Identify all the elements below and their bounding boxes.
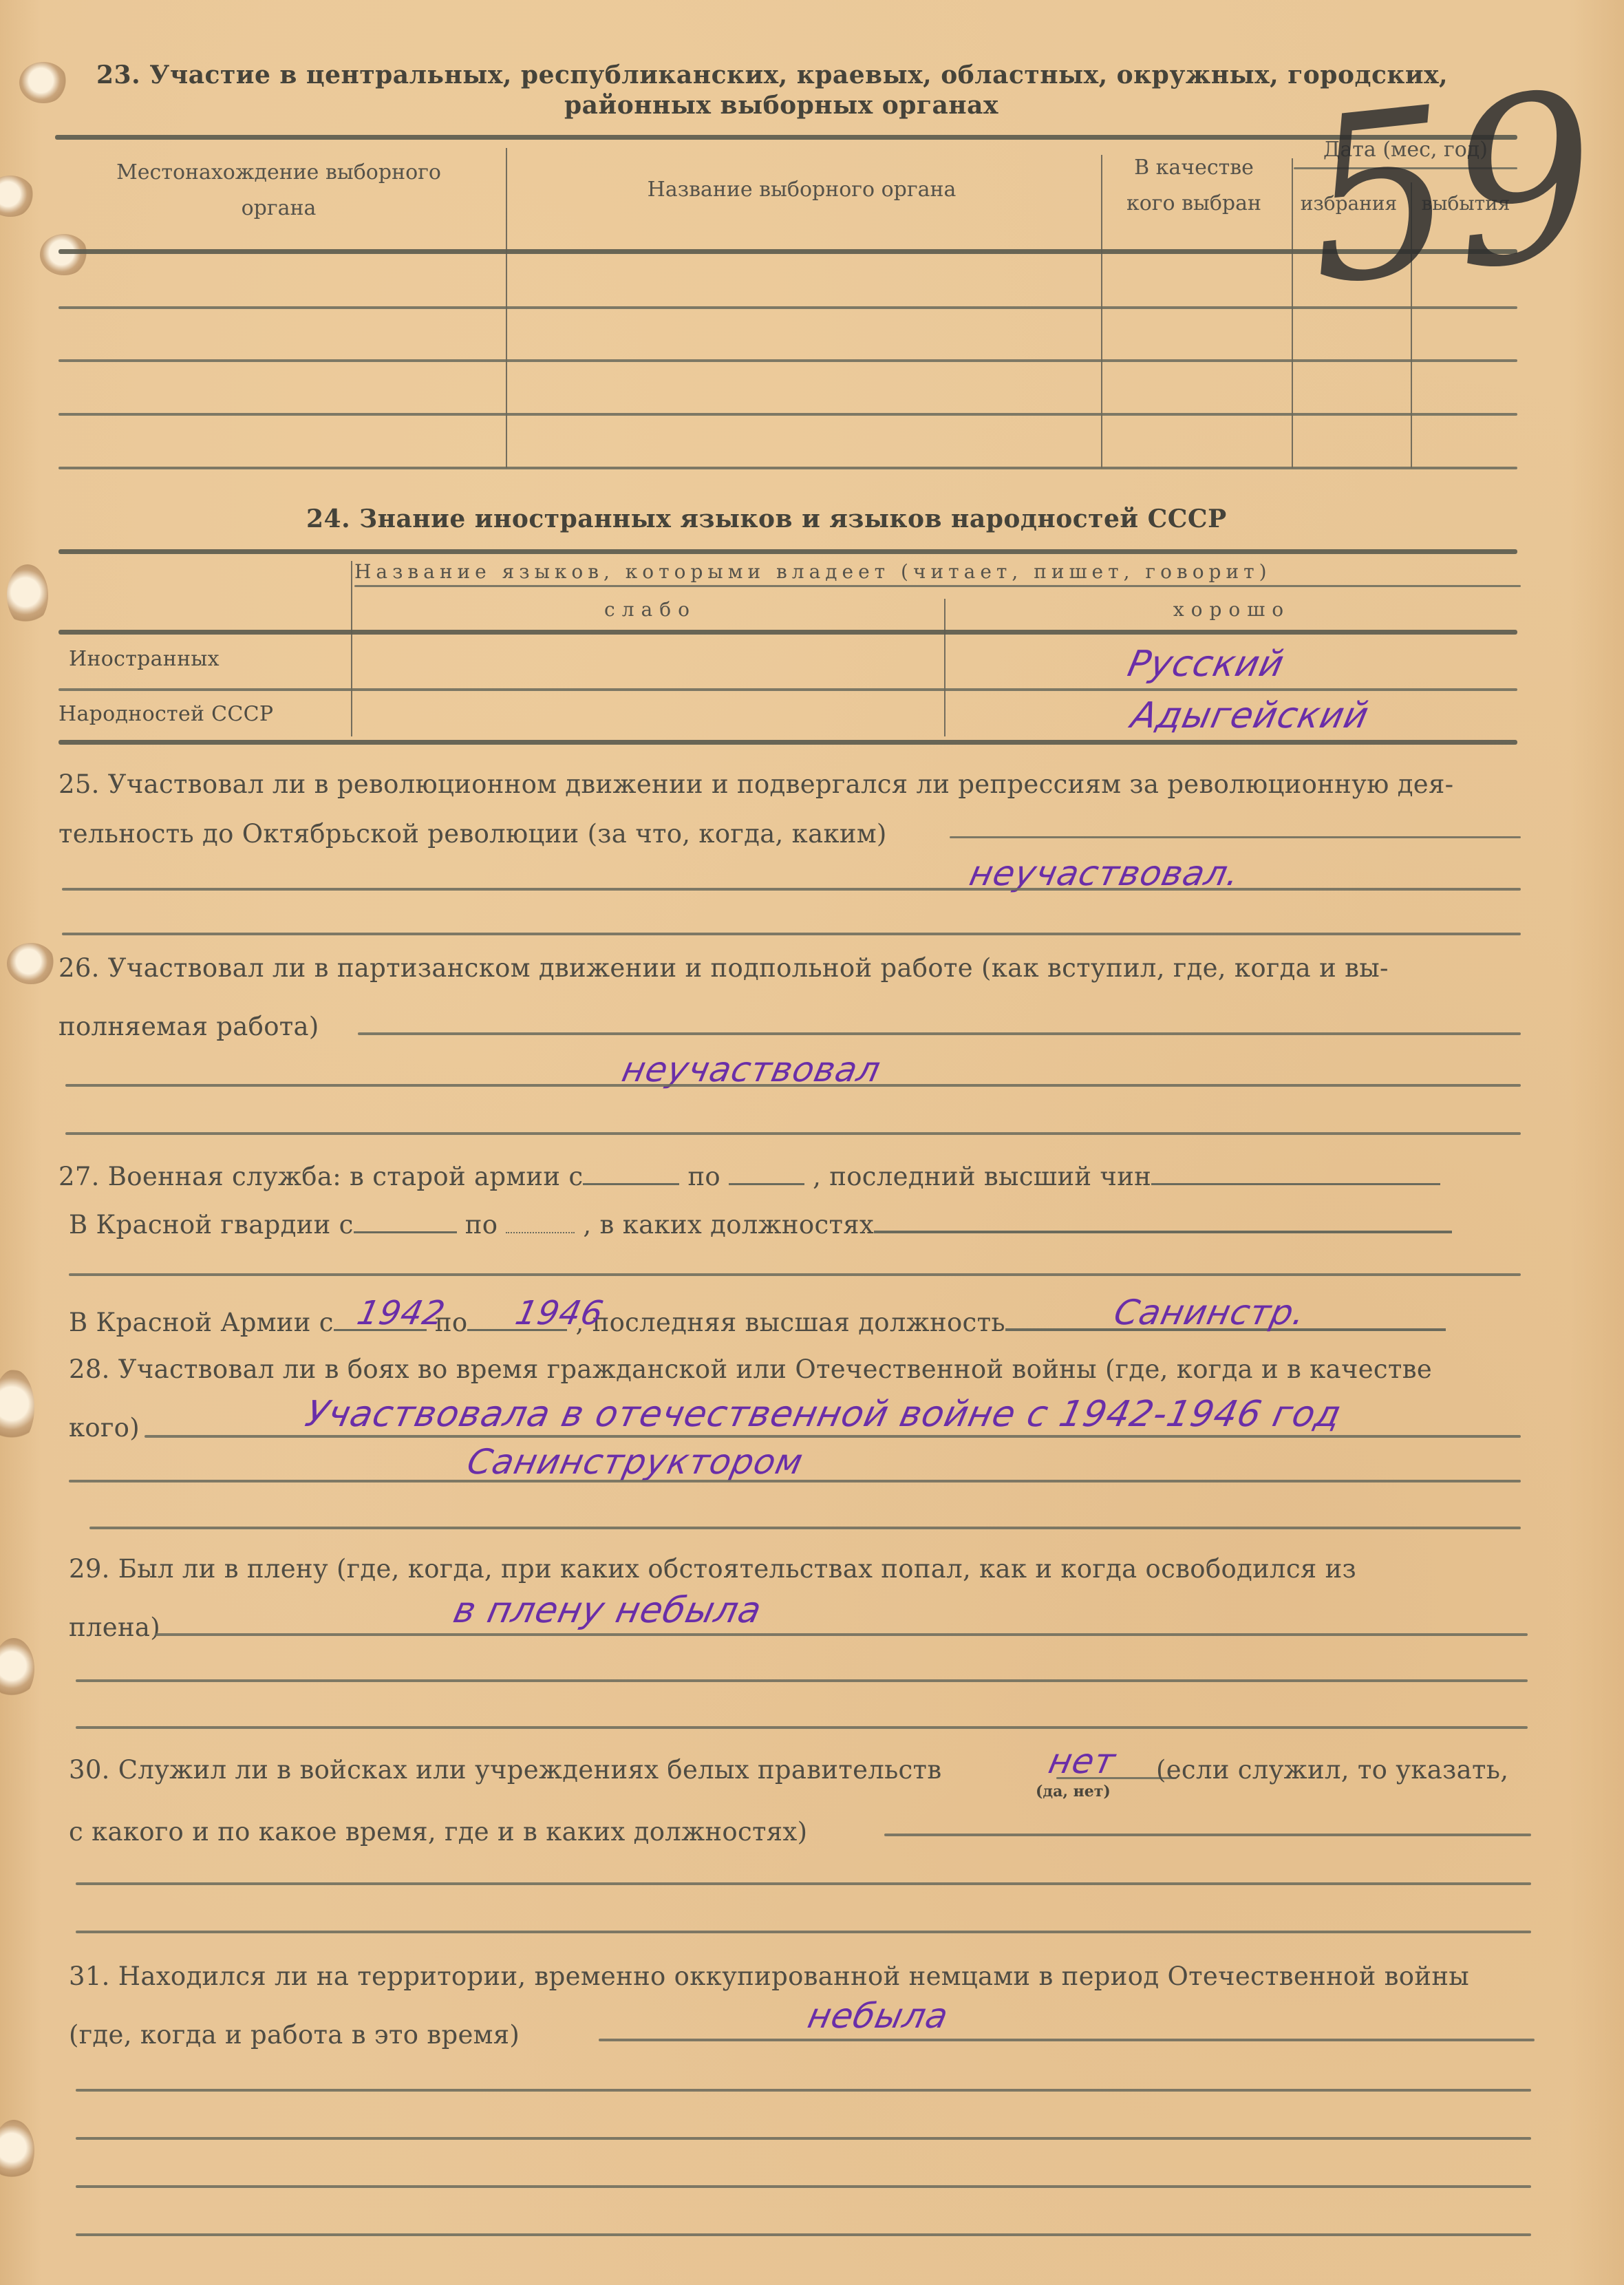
question-27-old-army: 27. Военная служба: в старой армии с по … bbox=[58, 1162, 1440, 1191]
answer-line bbox=[76, 1679, 1528, 1682]
answer-line bbox=[884, 1834, 1531, 1836]
answer-28-line1: Участвовала в отечественной войне с 1942… bbox=[302, 1394, 1345, 1435]
row-label-ussr-peoples: Народностей СССР bbox=[58, 702, 273, 726]
table-row bbox=[58, 467, 1517, 469]
col-weak-header: слабо bbox=[354, 592, 946, 628]
question-25: 25. Участвовал ли в революционном движен… bbox=[58, 769, 1453, 799]
answer-line bbox=[62, 888, 1521, 891]
answer-line bbox=[950, 836, 1521, 838]
col-divider bbox=[1292, 158, 1293, 468]
binding-hole bbox=[0, 176, 34, 217]
question-27-red-guard: В Красной гвардии с по , в каких должнос… bbox=[69, 1210, 1452, 1240]
field-red-guard-positions bbox=[874, 1231, 1452, 1233]
table-row bbox=[58, 413, 1517, 416]
question-30-cont2: с какого и по какое время, где и в каких… bbox=[69, 1817, 807, 1847]
question-29: 29. Был ли в плену (где, когда, при каки… bbox=[69, 1554, 1356, 1584]
question-28-cont: кого) bbox=[69, 1413, 140, 1443]
answer-line bbox=[76, 2185, 1531, 2188]
binding-hole bbox=[19, 62, 67, 103]
col-name-header: Название выборного органа bbox=[506, 172, 1098, 208]
question-29-cont: плена) bbox=[69, 1613, 160, 1642]
question-26: 26. Участвовал ли в партизанском движени… bbox=[58, 953, 1389, 983]
binding-hole bbox=[0, 2120, 34, 2182]
question-25-cont: тельность до Октябрьской революции (за ч… bbox=[58, 819, 887, 849]
section-23-title: 23. Участие в центральных, республиканск… bbox=[96, 61, 1448, 89]
answer-30-hint: (да, нет) bbox=[1036, 1783, 1111, 1800]
field-old-army-from bbox=[583, 1183, 679, 1185]
field-old-army-rank bbox=[1151, 1183, 1440, 1185]
table-top-rule bbox=[58, 549, 1517, 554]
col-as-whom-header: В качестве кого выбран bbox=[1101, 150, 1287, 222]
col-divider bbox=[1101, 155, 1102, 468]
answer-line bbox=[155, 1633, 1528, 1636]
col-divider bbox=[351, 561, 352, 736]
field-red-guard-to bbox=[506, 1232, 575, 1233]
header-rule bbox=[354, 585, 1521, 587]
answer-28-line2: Санинструктором bbox=[464, 1442, 807, 1482]
question-26-cont: полняемая работа) bbox=[58, 1012, 319, 1041]
question-30: 30. Служил ли в войсках или учреждениях … bbox=[69, 1755, 941, 1785]
answer-line bbox=[358, 1032, 1521, 1035]
answer-31: небыла bbox=[804, 1996, 952, 2036]
question-31: 31. Находился ли на территории, временно… bbox=[69, 1962, 1469, 1991]
answer-line bbox=[76, 1882, 1531, 1885]
answer-line bbox=[65, 1084, 1521, 1087]
answer-line bbox=[65, 1132, 1521, 1135]
red-army-position-value: Санинстр. bbox=[1111, 1293, 1310, 1332]
answer-29: в плену небыла bbox=[450, 1590, 766, 1631]
red-army-from-value: 1942 bbox=[354, 1294, 449, 1332]
binding-hole bbox=[7, 564, 48, 626]
table-row bbox=[58, 359, 1517, 362]
answer-line bbox=[89, 1527, 1521, 1529]
answer-line bbox=[599, 2039, 1535, 2041]
binding-hole bbox=[7, 943, 55, 984]
language-good-foreign: Русский bbox=[1124, 644, 1288, 685]
table-header-rule bbox=[58, 630, 1517, 635]
answer-line bbox=[62, 933, 1521, 935]
language-good-ussr: Адыгейский bbox=[1128, 695, 1373, 736]
table-row bbox=[58, 306, 1517, 309]
question-28: 28. Участвовал ли в боях во время гражда… bbox=[69, 1354, 1432, 1384]
answer-line bbox=[76, 2089, 1531, 2092]
field-old-army-to bbox=[729, 1183, 804, 1185]
answer-line bbox=[145, 1435, 1521, 1438]
answer-line bbox=[76, 2137, 1531, 2140]
answer-30: нет bbox=[1045, 1741, 1120, 1781]
answer-line bbox=[76, 1931, 1531, 1933]
red-army-to-value: 1946 bbox=[512, 1294, 607, 1332]
table-bottom-rule bbox=[58, 740, 1517, 745]
answer-line bbox=[69, 1480, 1521, 1482]
binding-hole bbox=[0, 1638, 34, 1700]
col-location-header: Местонахождение выборного органа bbox=[55, 155, 502, 226]
section-24-title: 24. Знание иностранных языков и языков н… bbox=[306, 504, 1227, 533]
section-23-title-cont: районных выборных органах bbox=[564, 91, 998, 120]
binding-hole bbox=[0, 1370, 34, 1445]
table-header-rule bbox=[58, 249, 1517, 254]
col-divider bbox=[944, 599, 945, 736]
col-good-header: хорошо bbox=[946, 592, 1517, 628]
answer-line bbox=[76, 1726, 1528, 1729]
binding-hole bbox=[40, 234, 88, 275]
table-row bbox=[58, 688, 1517, 691]
answer-line bbox=[69, 1273, 1521, 1276]
row-label-foreign: Иностранных bbox=[69, 647, 220, 671]
field-red-guard-from bbox=[354, 1231, 457, 1233]
page-number-pencil: 59 bbox=[1296, 61, 1607, 317]
answer-line bbox=[76, 2233, 1531, 2236]
question-31-cont: (где, когда и работа в это время) bbox=[69, 2020, 520, 2050]
question-30-cont: (если служил, то указать, bbox=[1156, 1755, 1508, 1785]
